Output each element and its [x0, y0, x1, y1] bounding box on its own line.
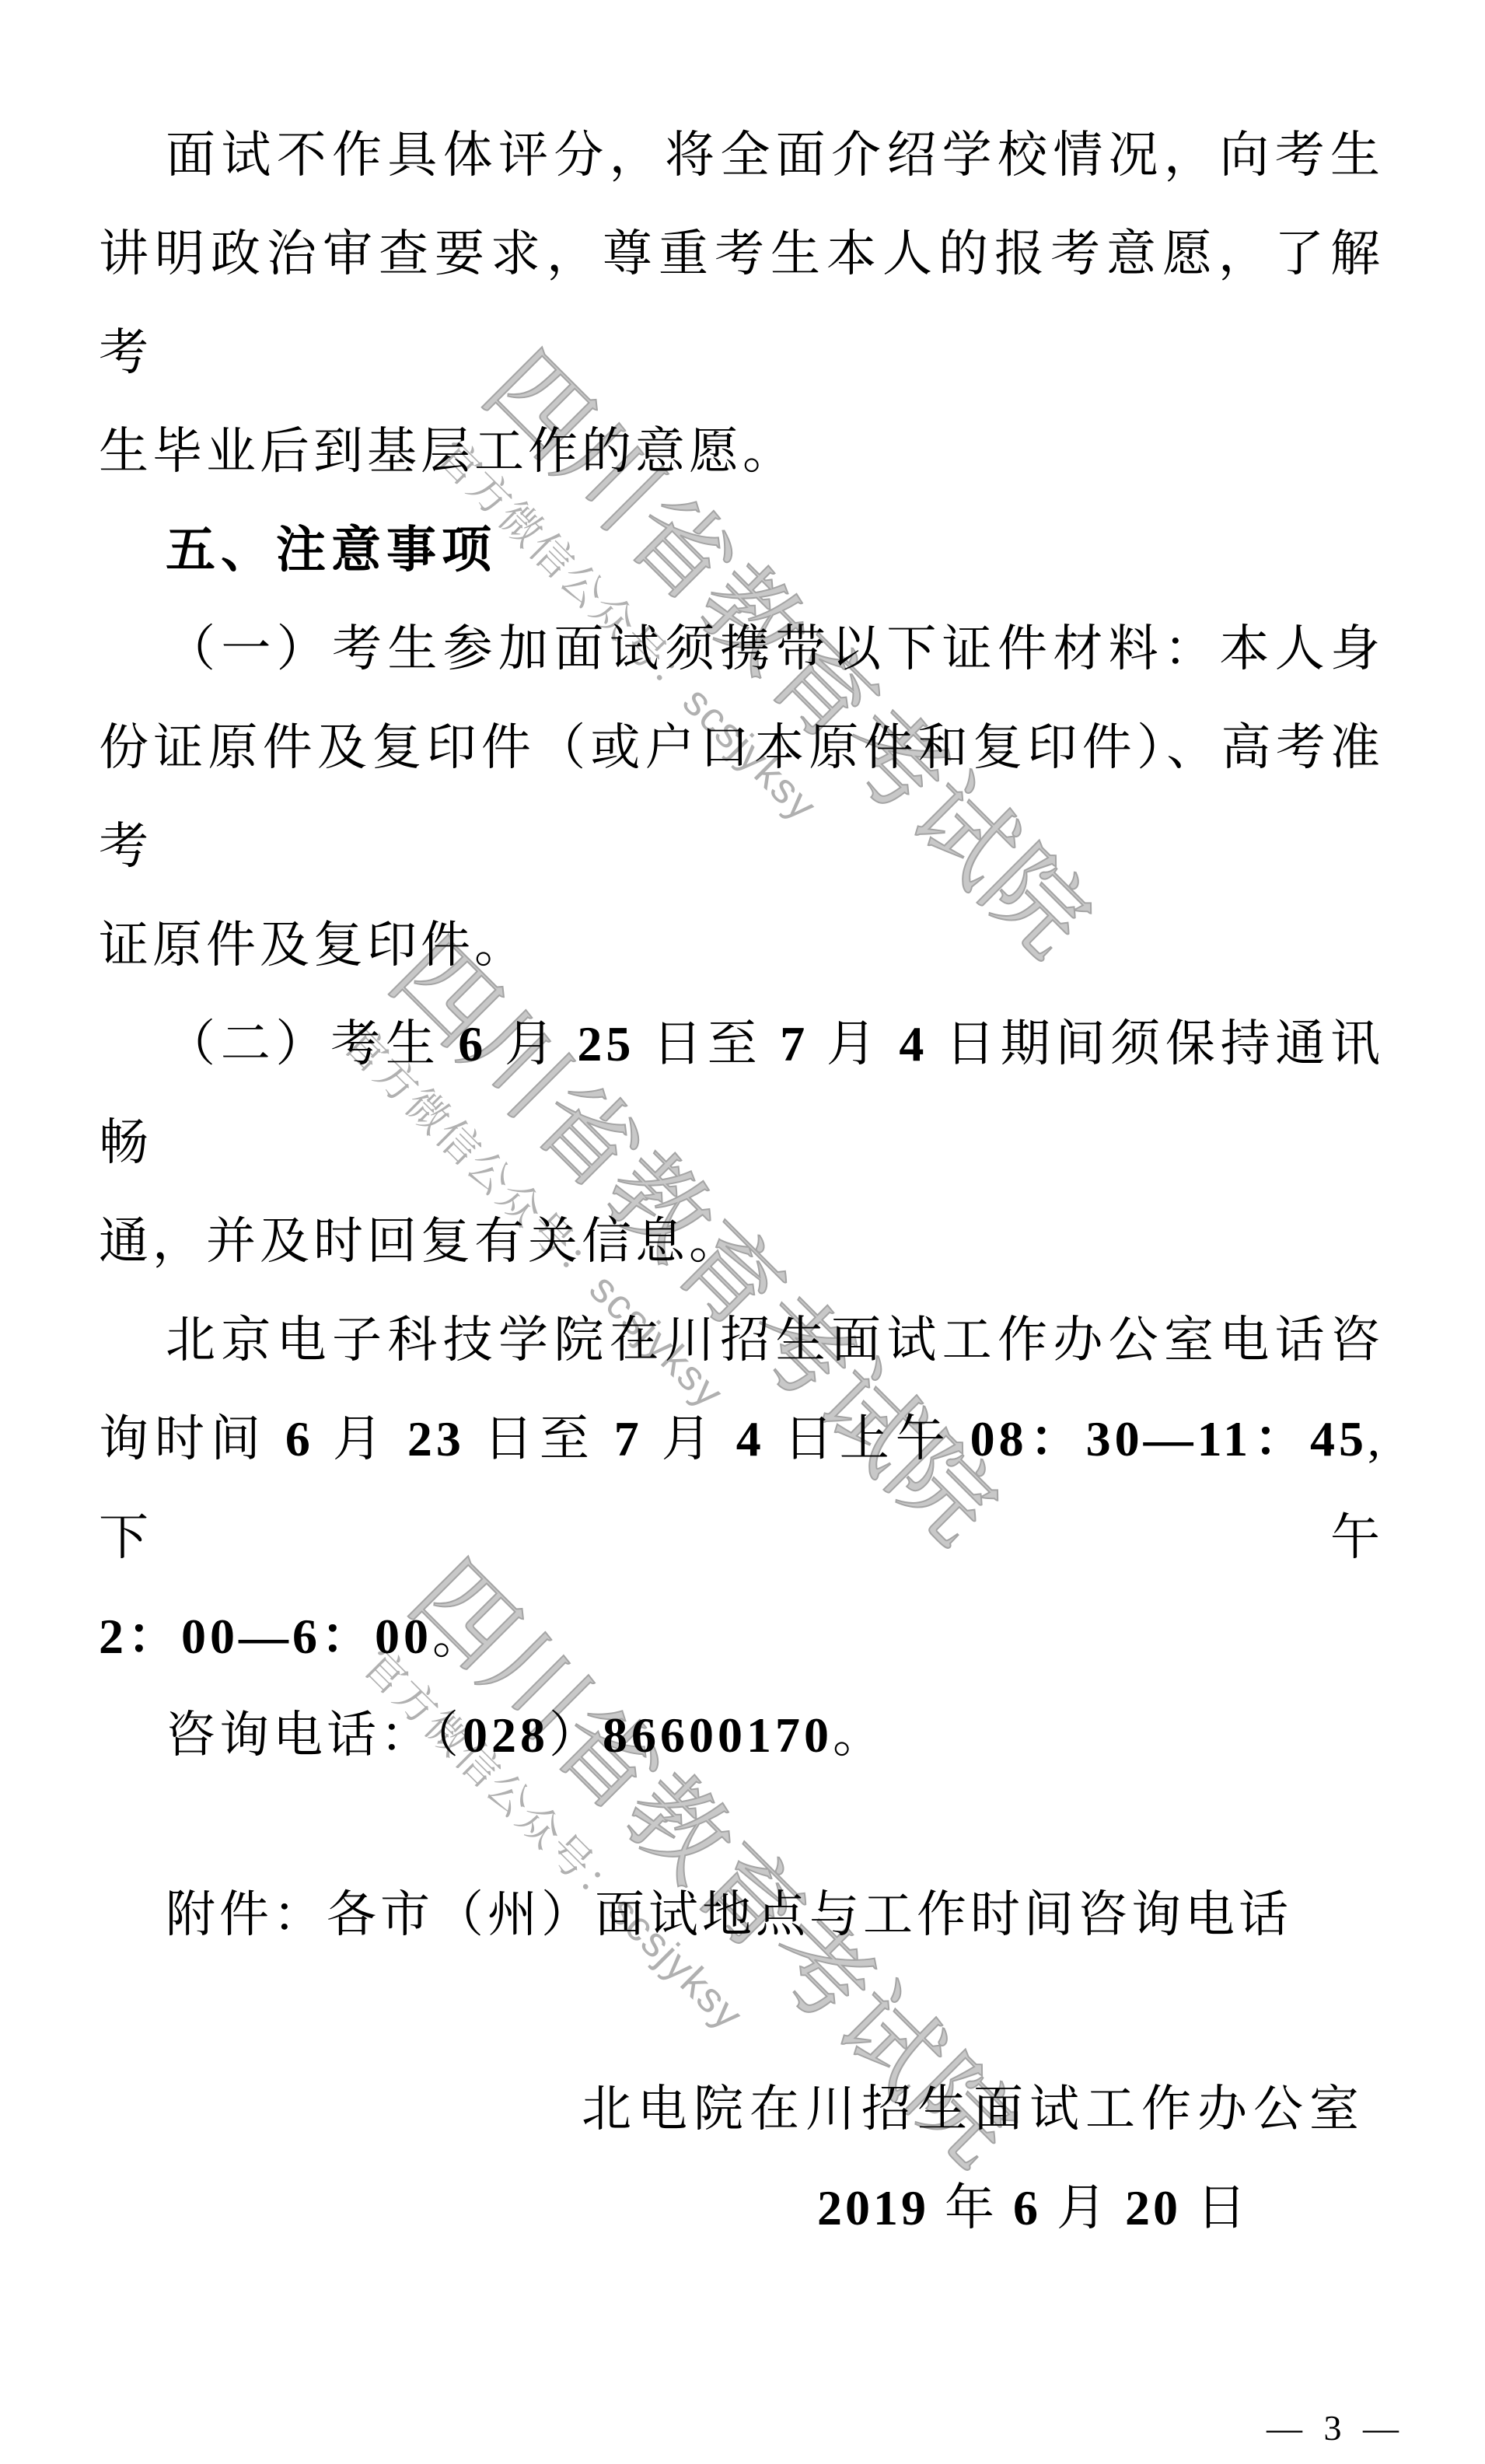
bold-text-segment: 23	[407, 1411, 465, 1466]
text-segment: 年	[929, 2180, 1013, 2235]
text-segment: 日上午	[765, 1411, 970, 1466]
text-segment: 生毕业后到基层工作的意愿。	[99, 424, 796, 479]
bold-text-segment: 6	[285, 1411, 314, 1466]
paragraph-line: （一）考生参加面试须携带以下证件材料：本人身	[99, 599, 1384, 698]
bold-text-segment: 2：00—6：00	[99, 1609, 432, 1664]
bold-text-segment: 6	[1013, 2180, 1041, 2235]
paragraph-line: 2：00—6：00。	[99, 1587, 1384, 1686]
text-segment: 。	[432, 1609, 486, 1664]
text-segment: 咨询电话：（	[166, 1707, 463, 1763]
paragraph-line: 面试不作具体评分，将全面介绍学校情况，向考生	[99, 106, 1384, 204]
bold-text-segment: 4	[736, 1411, 765, 1466]
text-segment: 月	[314, 1411, 407, 1466]
bold-text-segment: 86600170	[603, 1707, 833, 1763]
text-segment: 份证原件及复印件（或户口本原件和复印件）、高考准考	[99, 720, 1384, 874]
text-segment: 日至	[465, 1411, 614, 1466]
attachment-line: 附件：各市（州）面试地点与工作时间咨询电话	[99, 1865, 1384, 1964]
paragraph-line: 咨询电话：（028）86600170。	[99, 1686, 1384, 1784]
paragraph-line: 通，并及时回复有关信息。	[99, 1192, 1384, 1291]
document-body: 面试不作具体评分，将全面介绍学校情况，向考生讲明政治审查要求，尊重考生本人的报考…	[0, 0, 1485, 2257]
bold-text-segment: 7	[780, 1016, 809, 1071]
paragraph-line: 证原件及复印件。	[99, 896, 1384, 994]
bold-text-segment: 7	[614, 1411, 643, 1466]
bold-text-segment: 6	[458, 1016, 487, 1071]
paragraph-line: （二）考生 6 月 25 日至 7 月 4 日期间须保持通讯畅	[99, 994, 1384, 1192]
text-segment: （一）考生参加面试须携带以下证件材料：本人身	[166, 621, 1384, 676]
text-segment: 月	[487, 1016, 577, 1071]
text-segment: （二）考生	[166, 1016, 458, 1071]
text-segment: 北京电子科技学院在川招生面试工作办公室电话咨	[166, 1312, 1384, 1368]
text-segment: 月	[1041, 2180, 1125, 2235]
text-segment: 面试不作具体评分，将全面介绍学校情况，向考生	[166, 128, 1384, 183]
document-page: 四川省教育考试院 官方微信公众号：scsjyksy 四川省教育考试院 官方微信公…	[0, 0, 1485, 2464]
paragraph-line: 北京电子科技学院在川招生面试工作办公室电话咨	[99, 1291, 1384, 1389]
paragraph-line: 讲明政治审查要求，尊重考生本人的报考意愿，了解考	[99, 204, 1384, 402]
bold-text-segment: 028	[463, 1707, 549, 1763]
section-heading: 五、注意事项	[99, 501, 1384, 599]
bold-text-segment: 20	[1125, 2180, 1181, 2235]
bold-text-segment: 25	[577, 1016, 634, 1071]
text-segment: 五、注意事项	[166, 522, 497, 578]
paragraph-line: 询时间 6 月 23 日至 7 月 4 日上午 08：30—11：45,下午	[99, 1389, 1384, 1587]
text-segment: 日至	[634, 1016, 780, 1071]
text-segment: 证原件及复印件。	[99, 917, 528, 973]
signature-line: 北电院在川招生面试工作办公室	[99, 2060, 1384, 2158]
text-segment: 。	[833, 1707, 886, 1763]
date-line: 2019 年 6 月 20 日	[99, 2158, 1384, 2257]
text-segment: 附件：各市（州）面试地点与工作时间咨询电话	[166, 1887, 1292, 1942]
bold-text-segment: 2019	[817, 2180, 929, 2235]
text-segment: 北电院在川招生面试工作办公室	[582, 2081, 1365, 2137]
text-segment: 月	[643, 1411, 736, 1466]
paragraph-line: 份证原件及复印件（或户口本原件和复印件）、高考准考	[99, 698, 1384, 896]
text-segment: 讲明政治审查要求，尊重考生本人的报考意愿，了解考	[99, 226, 1384, 380]
text-segment: 询时间	[99, 1411, 285, 1466]
text-segment: ）	[549, 1707, 603, 1763]
text-segment: 日	[1181, 2180, 1249, 2235]
text-segment: 通，并及时回复有关信息。	[99, 1214, 742, 1269]
bold-text-segment: 08：30—11：45	[970, 1411, 1368, 1466]
page-number: — 3 —	[1267, 2407, 1405, 2448]
paragraph-line: 生毕业后到基层工作的意愿。	[99, 402, 1384, 501]
bold-text-segment: 4	[899, 1016, 928, 1071]
text-segment: 月	[809, 1016, 899, 1071]
